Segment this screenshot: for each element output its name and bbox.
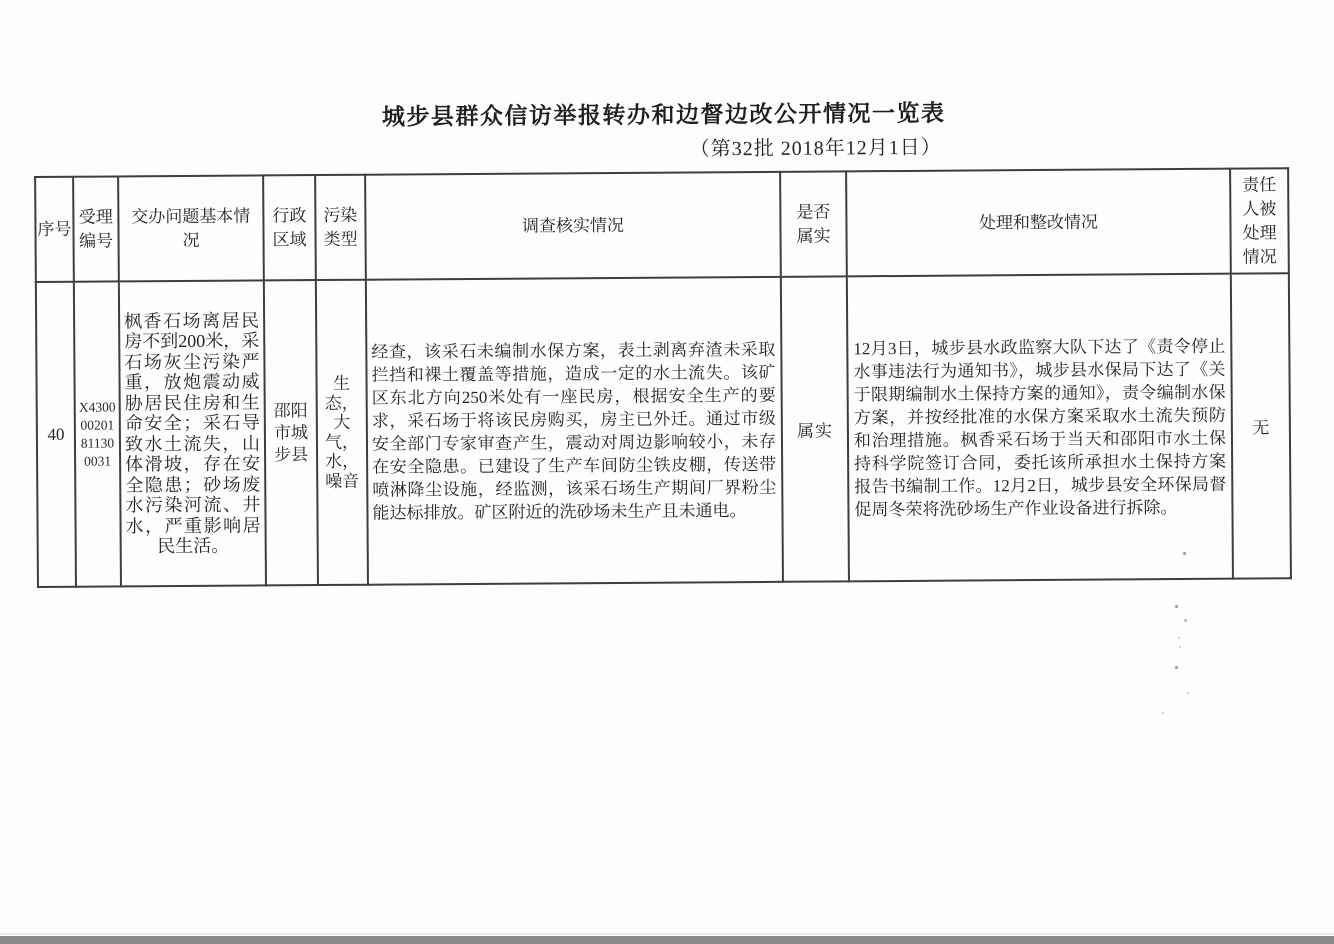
col-header-responsible: 责任人被处理情况 [1230,168,1289,273]
scan-speck [1175,605,1178,608]
scanned-document-page: { "doc": { "title": "城步县群众信访举报转办和边督边改公开情… [0,0,1334,944]
page-title: 城步县群众信访举报转办和边督边改公开情况一览表 [382,95,946,132]
table-row: 40 X430000201811300031 枫香石场离居民房不到200米，采石… [36,273,1291,587]
cell-pollution-type: 生态，大气，水，噪音 [316,280,368,585]
col-header-pollution-type: 污染类型 [315,175,366,280]
scan-speck [1183,552,1186,555]
col-header-problem: 交办问题基本情况 [118,175,264,281]
col-header-seq: 序号 [35,177,74,282]
cell-problem: 枫香石场离居民房不到200米，采石场灰尘污染严重，放炮震动威胁居民住房和生命安全… [119,280,266,586]
header-row: 序号 受理编号 交办问题基本情况 行政区域 污染类型 调查核实情况 是否属实 处… [35,168,1289,282]
scan-speck [1179,646,1181,648]
cell-seq: 40 [36,282,76,587]
cell-region: 邵阳市城步县 [264,280,318,585]
cell-investigation: 经查，该采石未编制水保方案，表土剥离弃渣未采取拦挡和裸土覆盖等措施，造成一定的水… [366,277,783,585]
scan-speck [1178,637,1180,639]
col-header-region: 行政区域 [263,175,316,280]
cell-handling: 12月3日，城步县水政监察大队下达了《责令停止水事违法行为通知书》，城步县水保局… [847,274,1233,582]
scan-speck [1162,712,1164,714]
page-subtitle: （第32批 2018年12月1日） [382,131,946,164]
scan-speck [1184,619,1187,622]
col-header-investigation: 调查核实情况 [365,172,781,280]
scan-edge-highlight [0,933,1334,935]
cell-case-no: X430000201811300031 [74,281,121,586]
report-table: 序号 受理编号 交办问题基本情况 行政区域 污染类型 调查核实情况 是否属实 处… [34,167,1292,588]
col-header-verified: 是否属实 [780,171,847,276]
scan-speck [1187,692,1189,694]
cell-responsible-punished: 无 [1231,273,1291,578]
scan-edge-shadow [0,936,1334,944]
scan-speck [1175,666,1178,669]
scan-content: 城步县群众信访举报转办和边督边改公开情况一览表 （第32批 2018年12月1日… [0,0,1334,944]
col-header-case-no: 受理编号 [73,176,119,281]
title-block: 城步县群众信访举报转办和边督边改公开情况一览表 （第32批 2018年12月1日… [0,92,1331,166]
col-header-handling: 处理和整改情况 [846,169,1231,277]
cell-verified: 属实 [781,276,849,581]
